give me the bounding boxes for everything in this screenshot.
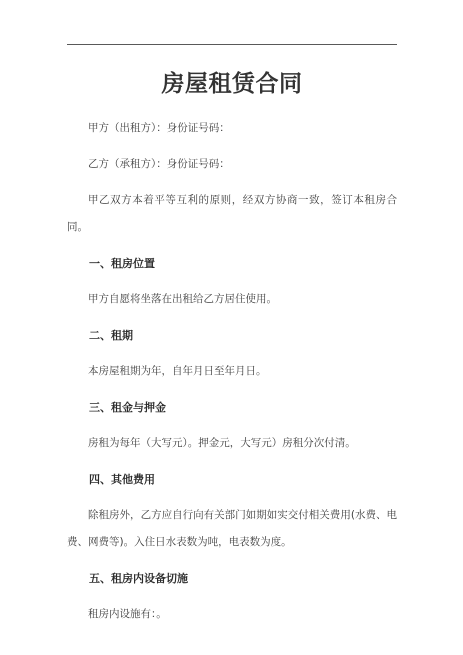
section-2-heading: 二、租期	[67, 322, 397, 349]
section-2-body: 本房屋租期为年，自年月日至年月日。	[67, 358, 397, 385]
document-title: 房屋租赁合同	[67, 69, 397, 99]
section-5-heading: 五、租房内设备切施	[67, 565, 397, 592]
section-3-body: 房租为每年（大写元）。押金元，大写元）房租分次付清。	[67, 430, 397, 457]
section-4-heading: 四、其他费用	[67, 466, 397, 493]
section-4-body: 除租房外，乙方应自行向有关部门如期如实交付相关费用(水费、电费、网费等)。入住日…	[67, 502, 397, 556]
contract-page: 房屋租赁合同 甲方（出租方）：身份证号码： 乙方（承租方）：身份证号码： 甲乙双…	[0, 0, 463, 655]
section-5-body: 租房内设施有：。	[67, 601, 397, 628]
section-1-body: 甲方自愿将坐落在出租给乙方居住使用。	[67, 286, 397, 313]
top-divider	[67, 44, 397, 45]
party-a-line: 甲方（出租方）：身份证号码：	[67, 115, 397, 142]
preamble: 甲乙双方本着平等互利的原则，经双方协商一致，签订本租房合同。	[67, 187, 397, 241]
section-3-heading: 三、租金与押金	[67, 394, 397, 421]
section-1-heading: 一、租房位置	[67, 250, 397, 277]
party-b-line: 乙方（承租方）：身份证号码：	[67, 151, 397, 178]
